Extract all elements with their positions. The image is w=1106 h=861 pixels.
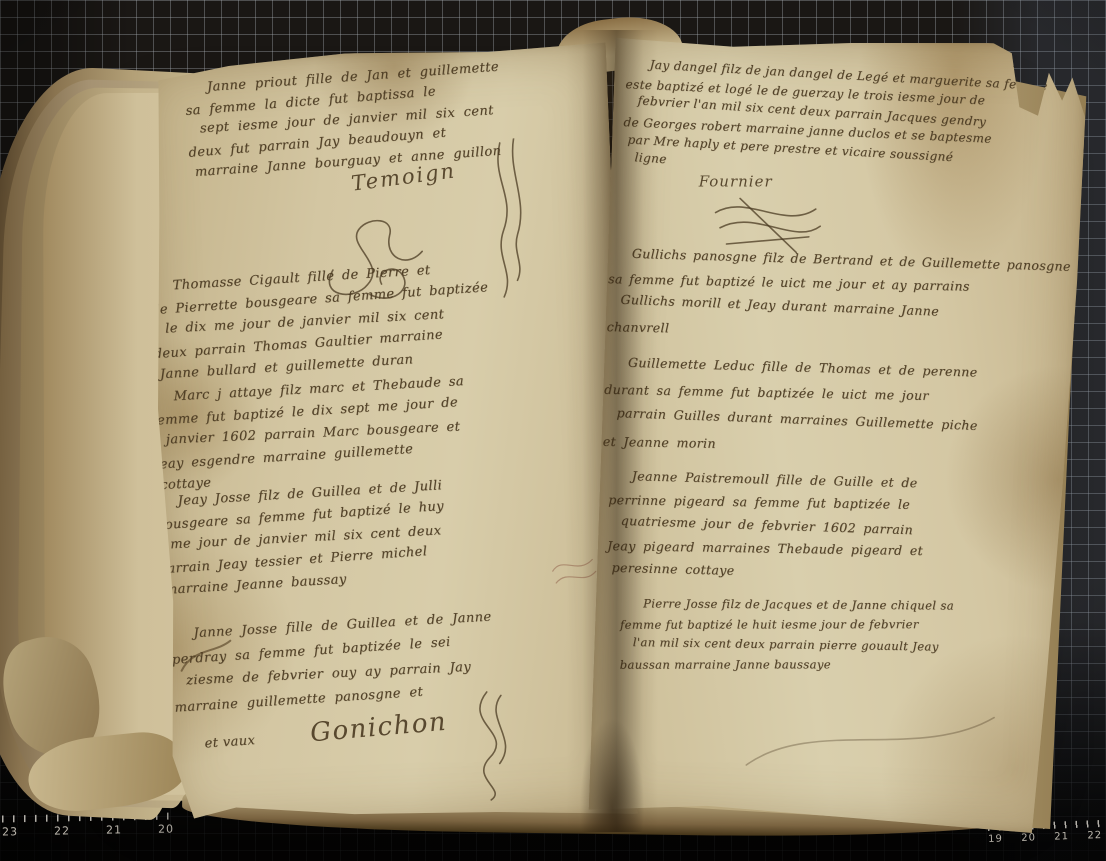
- register-entry: Jay dangel filz de jan dangel de Legé et…: [626, 55, 1048, 191]
- register-entry: Jeanne Paistremoull fille de Guille et d…: [611, 464, 925, 587]
- ruler-number: 22: [54, 824, 70, 837]
- register-entry: Thomasse Cigault fille de Pierre et de P…: [154, 257, 493, 387]
- ruler-number: 21: [106, 823, 122, 836]
- stray-pen-stroke: [740, 695, 1003, 794]
- ruler-number: 23: [2, 825, 18, 838]
- marginal-ink-scribble: [547, 549, 605, 595]
- register-entry: Gullichs panosgne filz de Bertrand et de…: [611, 241, 1071, 351]
- manuscript-line: baussan marraine Janne baussaye: [620, 654, 954, 675]
- ruler-number: 22: [1087, 830, 1102, 842]
- register-entry: Jeay Josse filz de Guillea et de Julli b…: [159, 475, 448, 602]
- signature-paraph-flourish: [453, 687, 528, 805]
- right-page: 262 Jay dangel filz de jan dangel de Leg…: [588, 30, 1087, 834]
- photo-of-manuscript-register: 23 22 21 20 19 20 21 22 Janne priout fil…: [0, 0, 1106, 861]
- register-entry: Pierre Josse filz de Jacques et de Janne…: [625, 593, 954, 675]
- signature-gonichon: Gonichon: [309, 707, 448, 749]
- manuscript-line: femme fut baptizé le huit iesme jour de …: [620, 614, 954, 635]
- manuscript-line: Jeay pigeard marraines Thebaude pigeard …: [607, 534, 923, 562]
- register-entry: Janne priout fille de Jan et guillemette…: [188, 57, 505, 183]
- ruler-number: 21: [1054, 831, 1069, 843]
- paper-fiber: [172, 636, 244, 679]
- closing-words: et vaux: [204, 733, 256, 751]
- manuscript-line: l'an mil six cent deux parrain pierre go…: [633, 632, 954, 657]
- ruler-number: 20: [158, 822, 174, 835]
- manuscript-line: Pierre Josse filz de Jacques et de Janne…: [643, 593, 954, 615]
- register-entry: Guillemette Leduc fille de Thomas et de …: [607, 349, 979, 463]
- ruler-number: 19: [988, 833, 1003, 845]
- ruler-number: 20: [1021, 832, 1036, 844]
- left-page: Janne priout fille de Jan et guillemette…: [134, 42, 638, 833]
